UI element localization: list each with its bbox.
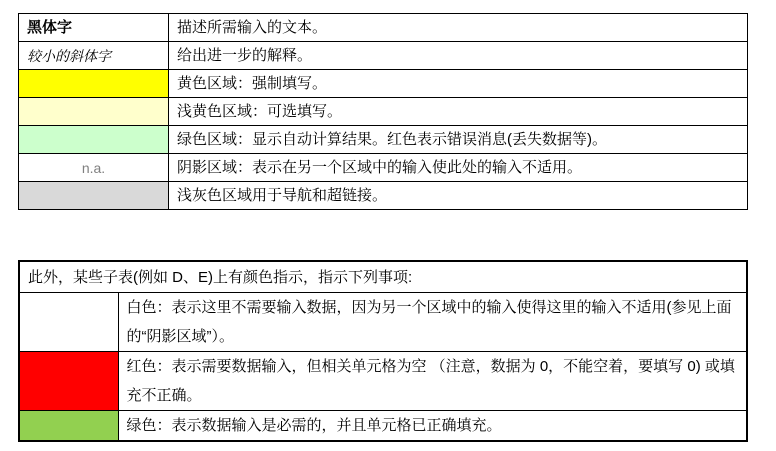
legend-key-italic-text: 较小的斜体字 bbox=[19, 42, 169, 70]
legend-desc: 绿色区域：显示自动计算结果。红色表示错误消息(丢失数据等)。 bbox=[169, 126, 748, 154]
legend-table: 黑体字 描述所需输入的文本。 较小的斜体字 给出进一步的解释。 黄色区域：强制填… bbox=[18, 13, 748, 210]
page: 黑体字 描述所需输入的文本。 较小的斜体字 给出进一步的解释。 黄色区域：强制填… bbox=[0, 0, 776, 451]
color-swatch-red bbox=[19, 352, 118, 411]
color-swatch-white bbox=[19, 293, 118, 352]
color-desc: 红色：表示需要数据输入，但相关单元格为空 （注意，数据为 0，不能空着，要填写 … bbox=[118, 352, 747, 411]
legend-row: 黑体字 描述所需输入的文本。 bbox=[19, 14, 748, 42]
legend-desc: 浅灰色区域用于导航和超链接。 bbox=[169, 182, 748, 210]
color-row: 白色：表示这里不需要输入数据，因为另一个区域中的输入使得这里的输入不适用(参见上… bbox=[19, 293, 747, 352]
legend-row: 绿色区域：显示自动计算结果。红色表示错误消息(丢失数据等)。 bbox=[19, 126, 748, 154]
color-row: 绿色：表示数据输入是必需的，并且单元格已正确填充。 bbox=[19, 411, 747, 442]
color-swatch-green bbox=[19, 411, 118, 442]
color-indicator-table: 此外，某些子表(例如 D、E)上有颜色指示，指示下列事项: 白色：表示这里不需要… bbox=[18, 260, 748, 442]
legend-desc: 描述所需输入的文本。 bbox=[169, 14, 748, 42]
legend-row: 黄色区域：强制填写。 bbox=[19, 70, 748, 98]
legend-desc: 浅黄色区域：可选填写。 bbox=[169, 98, 748, 126]
color-table-header: 此外，某些子表(例如 D、E)上有颜色指示，指示下列事项: bbox=[19, 261, 747, 293]
legend-desc: 黄色区域：强制填写。 bbox=[169, 70, 748, 98]
legend-swatch-gray bbox=[19, 182, 169, 210]
legend-row: n.a. 阴影区域：表示在另一个区域中的输入使此处的输入不适用。 bbox=[19, 154, 748, 182]
color-table-header-row: 此外，某些子表(例如 D、E)上有颜色指示，指示下列事项: bbox=[19, 261, 747, 293]
legend-desc: 阴影区域：表示在另一个区域中的输入使此处的输入不适用。 bbox=[169, 154, 748, 182]
legend-desc: 给出进一步的解释。 bbox=[169, 42, 748, 70]
legend-row: 较小的斜体字 给出进一步的解释。 bbox=[19, 42, 748, 70]
legend-row: 浅灰色区域用于导航和超链接。 bbox=[19, 182, 748, 210]
color-desc: 白色：表示这里不需要输入数据，因为另一个区域中的输入使得这里的输入不适用(参见上… bbox=[118, 293, 747, 352]
color-desc: 绿色：表示数据输入是必需的，并且单元格已正确填充。 bbox=[118, 411, 747, 442]
color-row: 红色：表示需要数据输入，但相关单元格为空 （注意，数据为 0，不能空着，要填写 … bbox=[19, 352, 747, 411]
legend-swatch-yellow bbox=[19, 70, 169, 98]
legend-swatch-light-yellow bbox=[19, 98, 169, 126]
legend-row: 浅黄色区域：可选填写。 bbox=[19, 98, 748, 126]
legend-swatch-light-green bbox=[19, 126, 169, 154]
legend-key-na-text: n.a. bbox=[19, 154, 169, 182]
legend-key-bold-text: 黑体字 bbox=[19, 14, 169, 42]
